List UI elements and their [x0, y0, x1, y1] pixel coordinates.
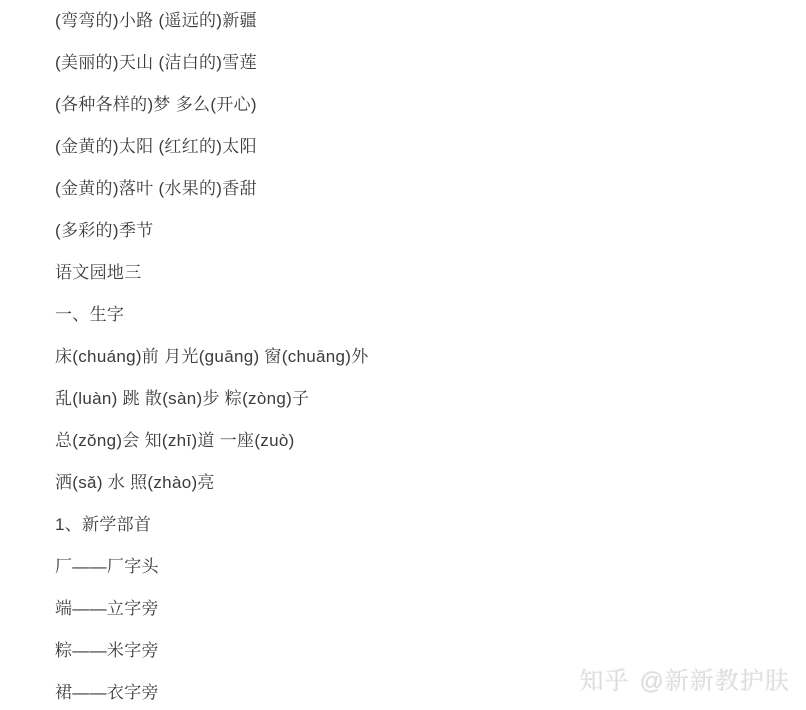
text-line: (金黄的)落叶 (水果的)香甜	[55, 168, 796, 210]
text-line: 洒(sǎ) 水 照(zhào)亮	[55, 462, 796, 504]
text-line: 1、新学部首	[55, 504, 796, 546]
article-text-block: (弯弯的)小路 (遥远的)新疆(美丽的)天山 (洁白的)雪莲(各种各样的)梦 多…	[55, 0, 796, 710]
text-line: 乱(luàn) 跳 散(sàn)步 粽(zòng)子	[55, 378, 796, 420]
article-page: (弯弯的)小路 (遥远的)新疆(美丽的)天山 (洁白的)雪莲(各种各样的)梦 多…	[0, 0, 806, 710]
text-line: (金黄的)太阳 (红红的)太阳	[55, 126, 796, 168]
text-line: (多彩的)季节	[55, 210, 796, 252]
zhihu-brand-text: 知乎	[580, 668, 630, 695]
text-line: (美丽的)天山 (洁白的)雪莲	[55, 42, 796, 84]
text-line: 端——立字旁	[55, 588, 796, 630]
text-line: 厂——厂字头	[55, 546, 796, 588]
text-line: 床(chuáng)前 月光(guāng) 窗(chuāng)外	[55, 336, 796, 378]
text-line: (各种各样的)梦 多么(开心)	[55, 84, 796, 126]
zhihu-watermark: 知乎@新新教护肤	[580, 661, 790, 696]
text-line: 语文园地三	[55, 252, 796, 294]
text-line: 一、生字	[55, 294, 796, 336]
watermark-author-handle: @新新教护肤	[640, 668, 790, 695]
text-line: (弯弯的)小路 (遥远的)新疆	[55, 0, 796, 42]
text-line: 总(zǒng)会 知(zhī)道 一座(zuò)	[55, 420, 796, 462]
